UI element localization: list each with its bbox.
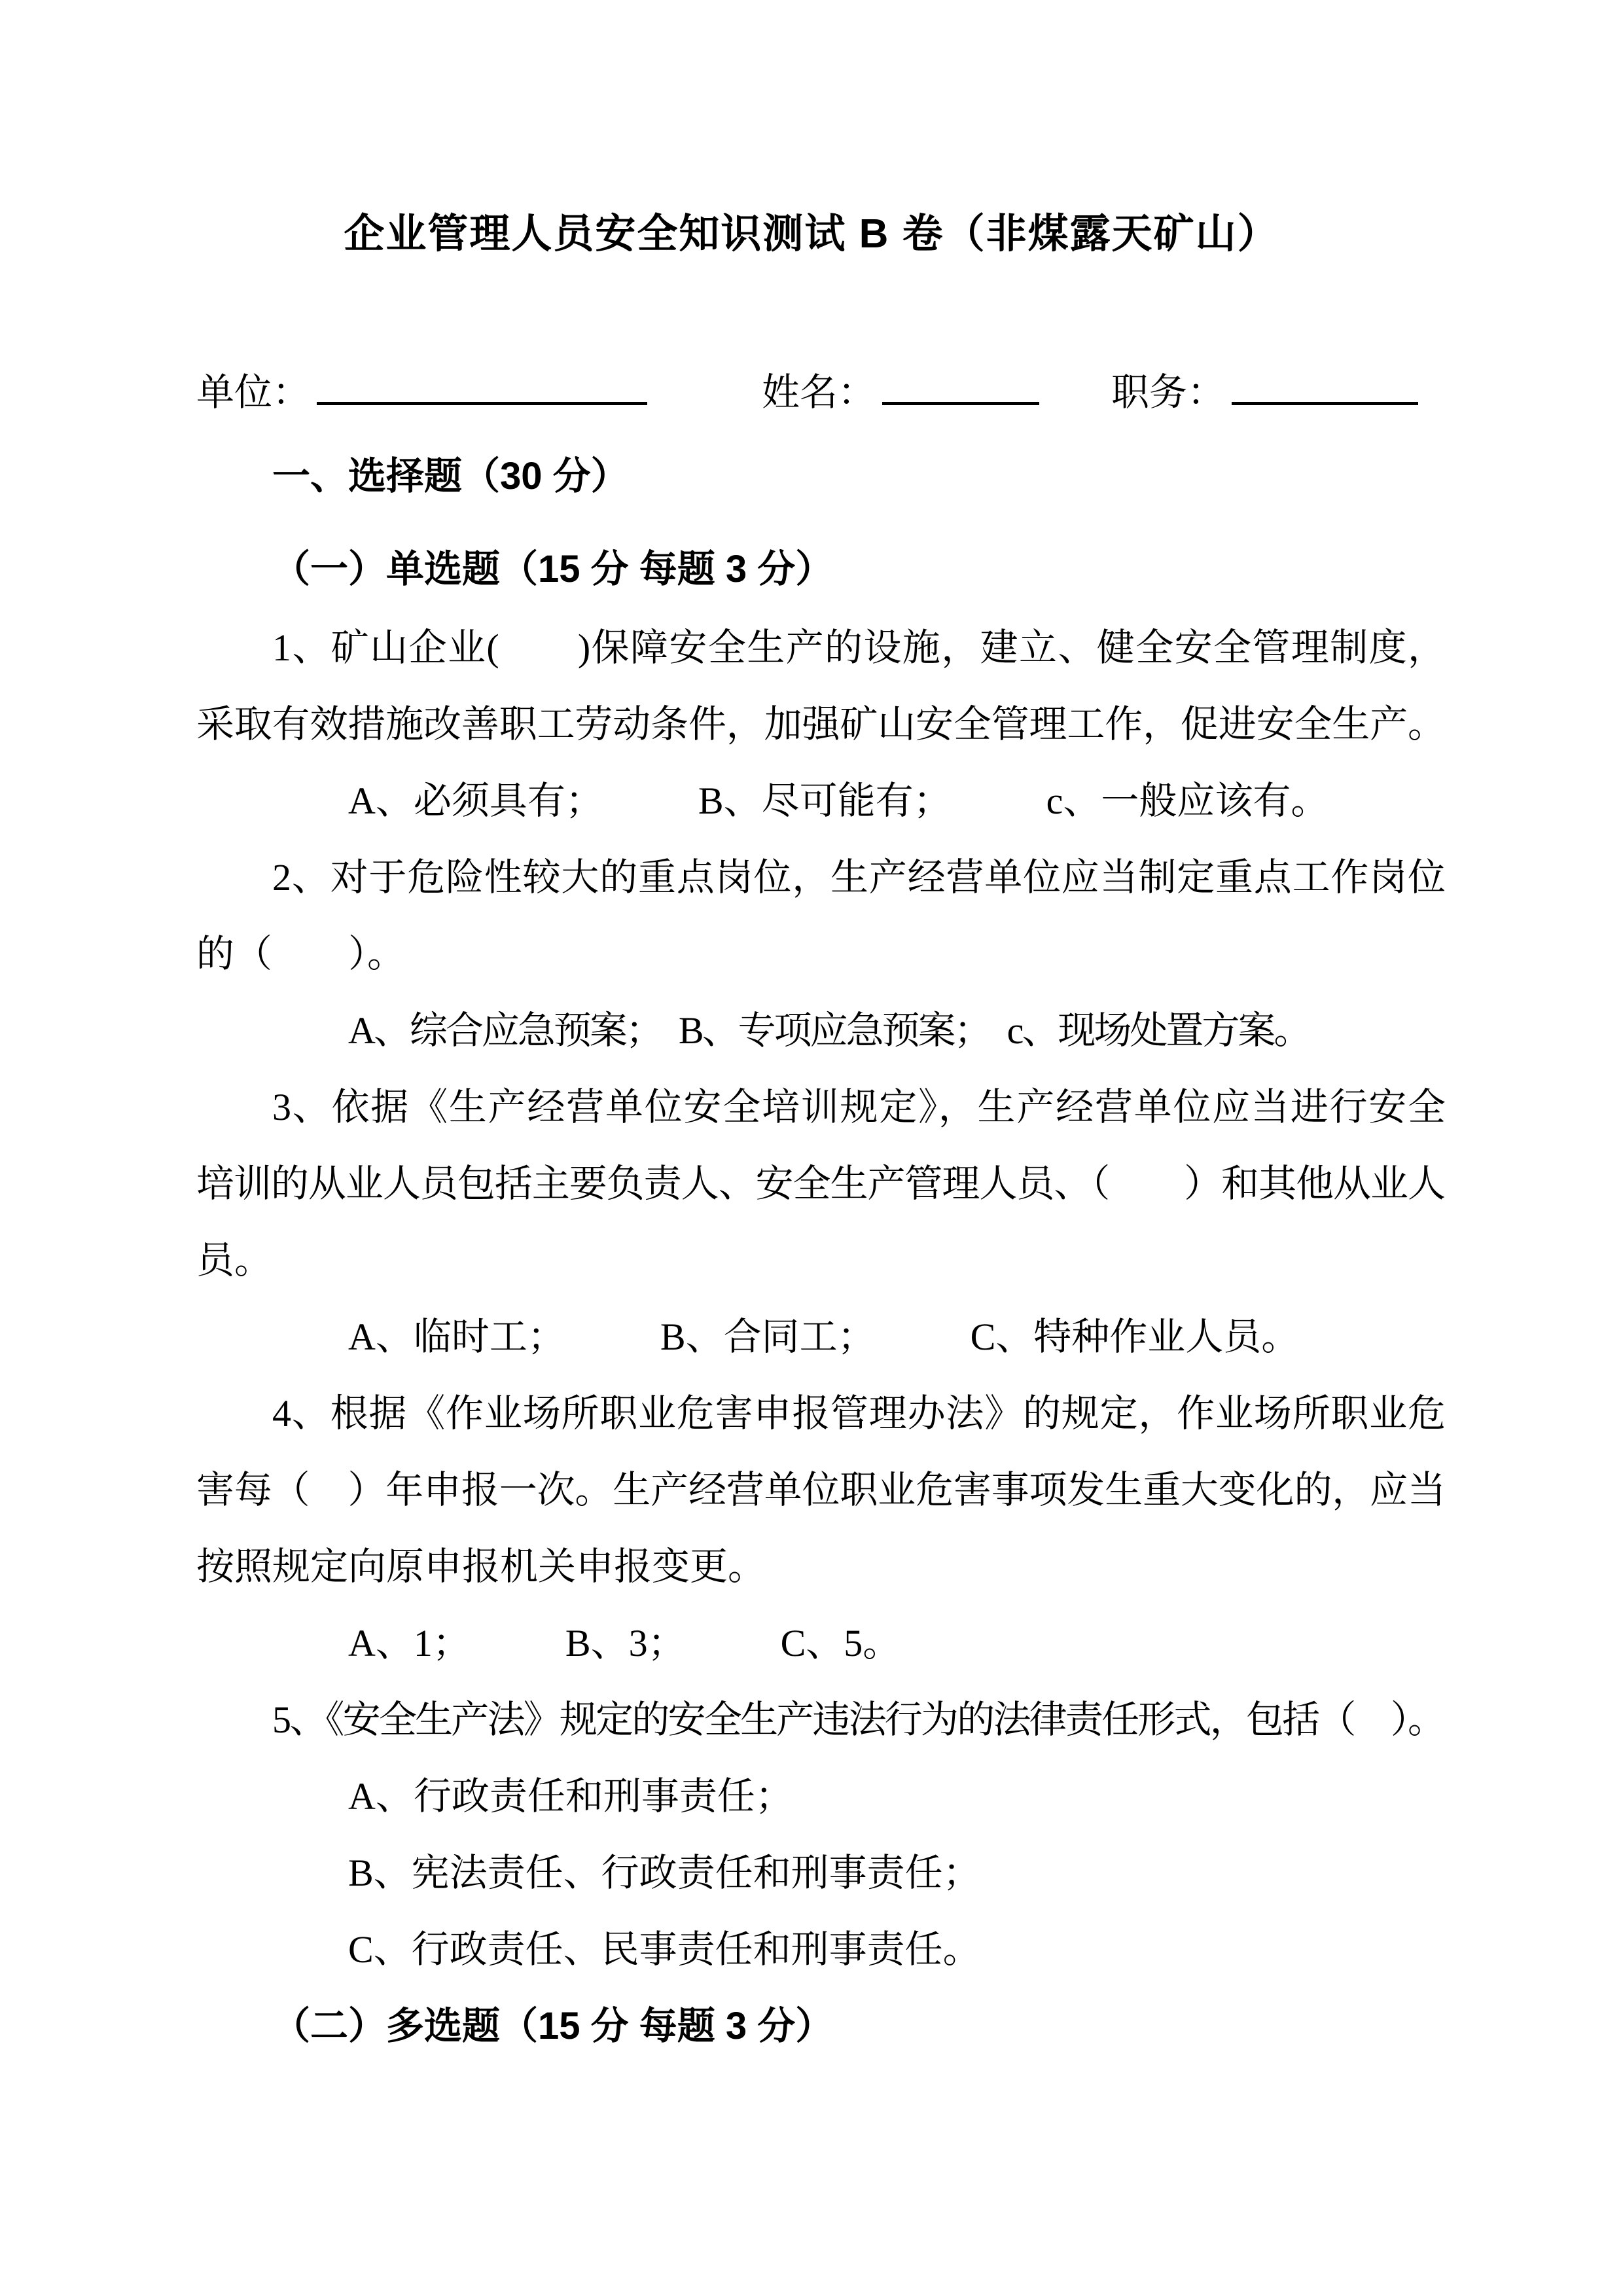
question4-line3: 按照规定向原申报机关申报变更。 — [196, 1537, 1443, 1596]
header-fields: 单位：姓名：职务： — [196, 363, 1443, 422]
name-label: 姓名： — [762, 371, 876, 414]
question3-line2: 培训的从业人员包括主要负责人、安全生产管理人员、（ ）和其他从业人 — [196, 1155, 1443, 1213]
unit-blank-line — [317, 393, 647, 405]
exam-paper-page: 企业管理人员安全知识测试 B 卷（非煤露天矿山） 单位：姓名：职务： 一、选择题… — [0, 0, 1623, 2296]
question5-line1: 5、《安全生产法》规定的安全生产违法行为的法律责任形式，包括（ ）。 — [196, 1691, 1443, 1749]
single-choice-heading: （一）单选题（15 分 每题 3 分） — [196, 540, 1443, 599]
question3-line3: 员。 — [196, 1231, 1443, 1290]
duty-label: 职务： — [1111, 371, 1225, 414]
question3-line1: 3、依据《生产经营单位安全培训规定》，生产经营单位应当进行安全 — [196, 1078, 1443, 1137]
question4-options: A、1； B、3； C、5。 — [196, 1614, 1595, 1673]
exam-title: 企业管理人员安全知识测试 B 卷（非煤露天矿山） — [0, 205, 1623, 264]
duty-field: 职务： — [1111, 371, 1418, 414]
unit-field: 单位： — [196, 371, 647, 414]
question5-option-a: A、行政责任和刑事责任； — [196, 1767, 1595, 1826]
question2-line1: 2、对于危险性较大的重点岗位，生产经营单位应当制定重点工作岗位 — [196, 848, 1443, 907]
duty-blank-line — [1232, 393, 1418, 405]
name-blank-line — [882, 393, 1039, 405]
question1-line1: 1、矿山企业( )保障安全生产的设施，建立、健全安全管理制度， — [196, 619, 1443, 677]
name-field: 姓名： — [762, 371, 1039, 414]
question5-option-b: B、宪法责任、行政责任和刑事责任； — [196, 1844, 1595, 1903]
question2-line2: 的（ ）。 — [196, 925, 1443, 984]
question3-options: A、临时工； B、合同工； C、特种作业人员。 — [196, 1308, 1595, 1367]
question2-options: A、综合应急预案； B、专项应急预案； c、现场处置方案。 — [196, 1001, 1595, 1060]
question4-line1: 4、根据《作业场所职业危害申报管理办法》的规定，作业场所职业危 — [196, 1384, 1443, 1443]
question5-option-c: C、行政责任、民事责任和刑事责任。 — [196, 1920, 1595, 1979]
question4-line2: 害每（ ）年申报一次。生产经营单位职业危害事项发生重大变化的，应当 — [196, 1461, 1443, 1520]
question1-line2: 采取有效措施改善职工劳动条件，加强矿山安全管理工作，促进安全生产。 — [196, 695, 1443, 754]
unit-label: 单位： — [196, 371, 310, 414]
multi-choice-heading: （二）多选题（15 分 每题 3 分） — [196, 1997, 1443, 2056]
question1-options: A、必须具有； B、尽可能有； c、一般应该有。 — [196, 772, 1595, 831]
section-choice-heading: 一、选择题（30 分） — [196, 447, 1443, 506]
